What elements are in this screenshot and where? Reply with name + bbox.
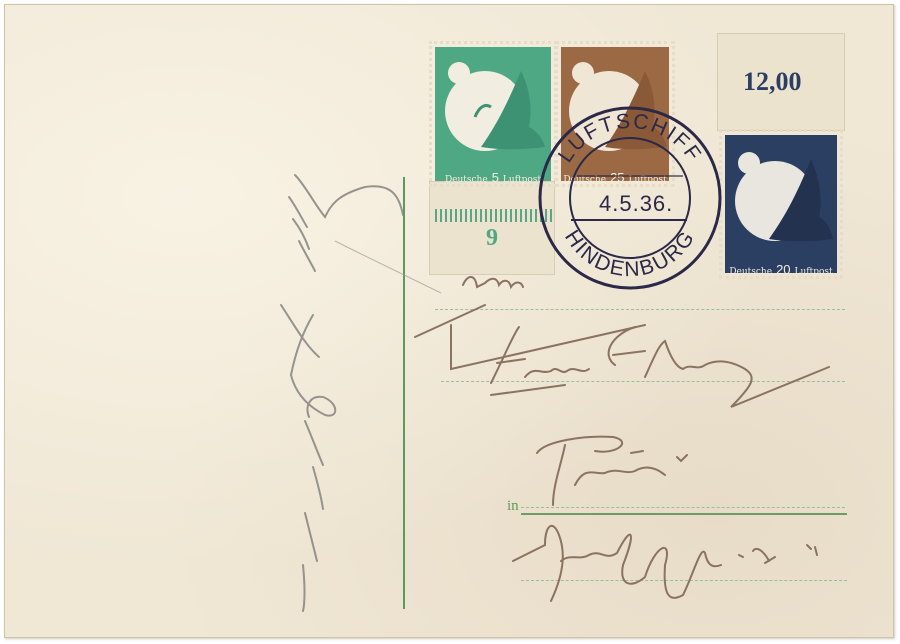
postcard: in 9 Deutsche5Luftpost Deutsche25Luftpos…: [4, 4, 894, 638]
handwriting-layer: [5, 5, 893, 637]
